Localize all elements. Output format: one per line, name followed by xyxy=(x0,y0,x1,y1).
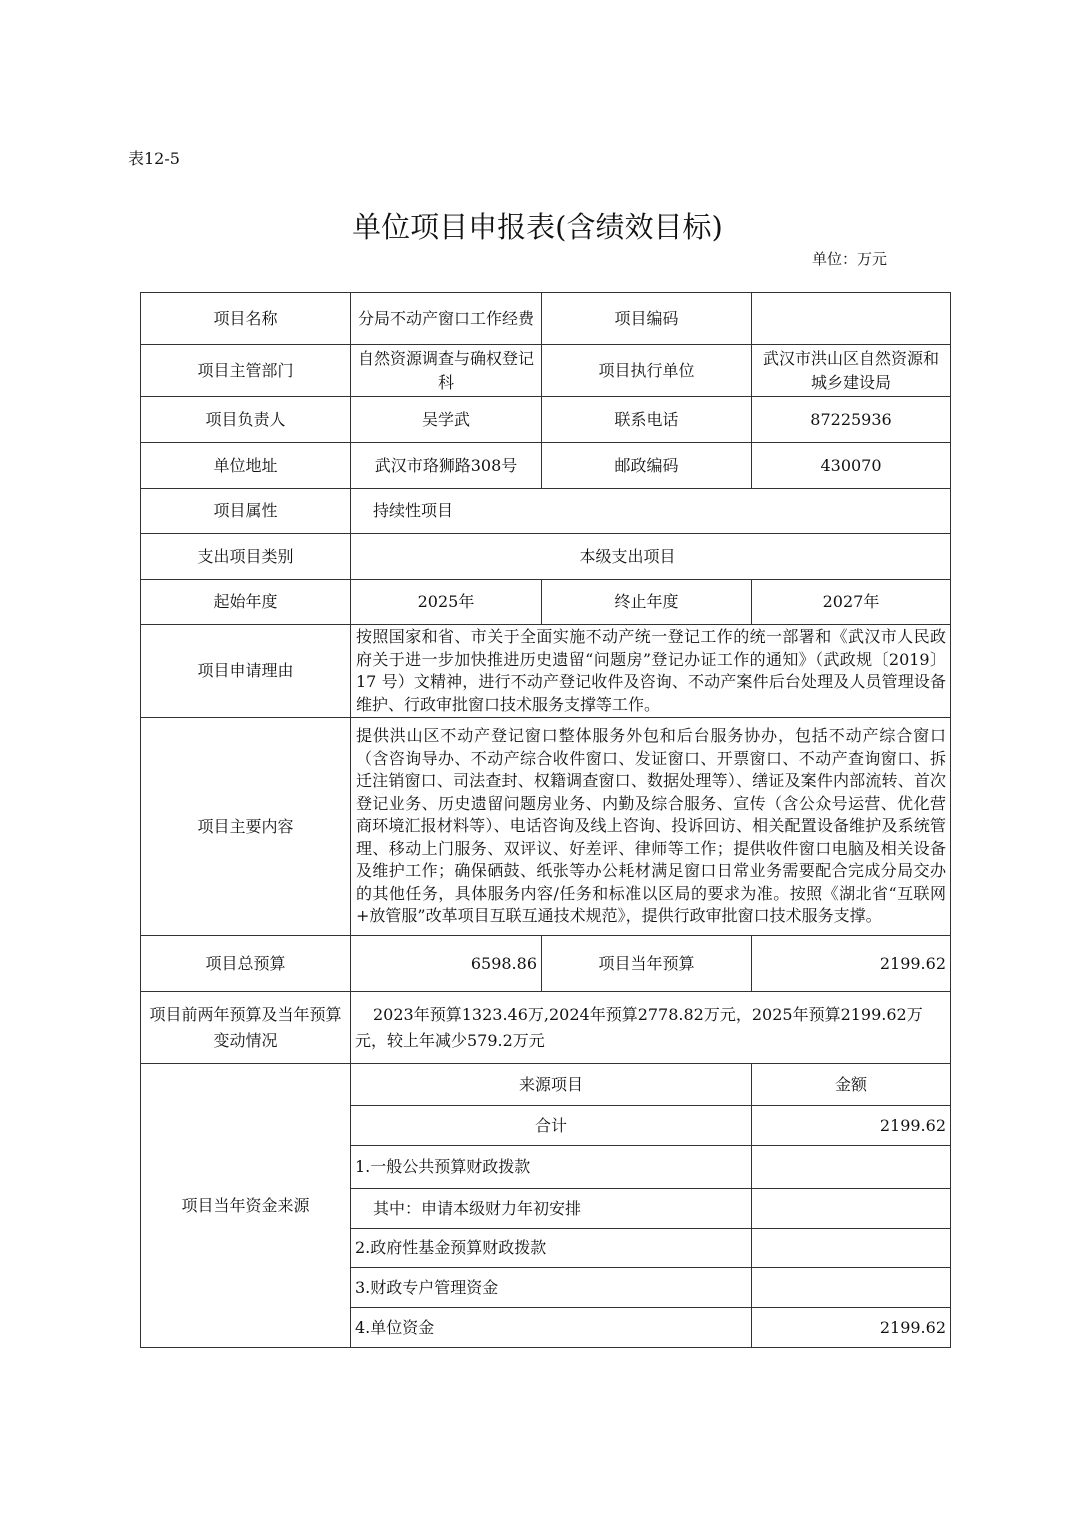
page-title: 单位项目申报表(含绩效目标) xyxy=(0,205,1075,246)
funding-item-amount: 2199.62 xyxy=(752,1106,951,1146)
row-leader: 项目负责人 吴学武 联系电话 87225936 xyxy=(141,397,951,443)
project-code-label: 项目编码 xyxy=(542,293,752,345)
funding-item-name: 4.单位资金 xyxy=(351,1308,752,1348)
row-dept: 项目主管部门 自然资源调查与确权登记科 项目执行单位 武汉市洪山区自然资源和城乡… xyxy=(141,345,951,397)
category-value: 本级支出项目 xyxy=(351,534,951,580)
phone-label: 联系电话 xyxy=(542,397,752,443)
content-value: 提供洪山区不动产登记窗口整体服务外包和后台服务协办，包括不动产综合窗口（含咨询导… xyxy=(351,718,951,936)
start-year-value: 2025年 xyxy=(351,580,542,625)
table-number: 表12-5 xyxy=(128,146,180,169)
exec-unit-label: 项目执行单位 xyxy=(542,345,752,397)
leader-label: 项目负责人 xyxy=(141,397,351,443)
funding-item-name: 3.财政专户管理资金 xyxy=(351,1268,752,1308)
funding-item-name: 其中：申请本级财力年初安排 xyxy=(351,1189,752,1229)
reason-value: 按照国家和省、市关于全面实施不动产统一登记工作的统一部署和《武汉市人民政府关于进… xyxy=(351,625,951,718)
row-budget: 项目总预算 6598.86 项目当年预算 2199.62 xyxy=(141,936,951,992)
row-project-name: 项目名称 分局不动产窗口工作经费 项目编码 xyxy=(141,293,951,345)
address-label: 单位地址 xyxy=(141,443,351,489)
project-code-value xyxy=(752,293,951,345)
exec-unit-value: 武汉市洪山区自然资源和城乡建设局 xyxy=(752,345,951,397)
project-name-value: 分局不动产窗口工作经费 xyxy=(351,293,542,345)
row-content: 项目主要内容 提供洪山区不动产登记窗口整体服务外包和后台服务协办，包括不动产综合… xyxy=(141,718,951,936)
row-years: 起始年度 2025年 终止年度 2027年 xyxy=(141,580,951,625)
attribute-label: 项目属性 xyxy=(141,489,351,534)
funding-item-name: 合计 xyxy=(351,1106,752,1146)
funding-header-row: 项目当年资金来源 来源项目 金额 xyxy=(141,1064,951,1106)
project-application-table: 项目名称 分局不动产窗口工作经费 项目编码 项目主管部门 自然资源调查与确权登记… xyxy=(140,292,951,1348)
content-label: 项目主要内容 xyxy=(141,718,351,936)
row-attribute: 项目属性 持续性项目 xyxy=(141,489,951,534)
dept-label: 项目主管部门 xyxy=(141,345,351,397)
total-budget-label: 项目总预算 xyxy=(141,936,351,992)
end-year-label: 终止年度 xyxy=(542,580,752,625)
leader-value: 吴学武 xyxy=(351,397,542,443)
row-address: 单位地址 武汉市珞狮路308号 邮政编码 430070 xyxy=(141,443,951,489)
funding-label: 项目当年资金来源 xyxy=(141,1064,351,1348)
budget-change-label: 项目前两年预算及当年预算变动情况 xyxy=(141,992,351,1064)
row-category: 支出项目类别 本级支出项目 xyxy=(141,534,951,580)
address-value: 武汉市珞狮路308号 xyxy=(351,443,542,489)
funding-item-amount: 2199.62 xyxy=(752,1308,951,1348)
funding-item-amount xyxy=(752,1268,951,1308)
project-name-label: 项目名称 xyxy=(141,293,351,345)
unit-label: 单位：万元 xyxy=(812,248,887,269)
funding-item-amount xyxy=(752,1229,951,1268)
category-label: 支出项目类别 xyxy=(141,534,351,580)
year-budget-label: 项目当年预算 xyxy=(542,936,752,992)
funding-col-amount: 金额 xyxy=(752,1064,951,1106)
attribute-value: 持续性项目 xyxy=(351,489,951,534)
total-budget-value: 6598.86 xyxy=(351,936,542,992)
phone-value: 87225936 xyxy=(752,397,951,443)
end-year-value: 2027年 xyxy=(752,580,951,625)
postcode-value: 430070 xyxy=(752,443,951,489)
funding-item-name: 1.一般公共预算财政拨款 xyxy=(351,1146,752,1189)
funding-item-amount xyxy=(752,1146,951,1189)
funding-col-source: 来源项目 xyxy=(351,1064,752,1106)
row-budget-change: 项目前两年预算及当年预算变动情况 2023年预算1323.46万,2024年预算… xyxy=(141,992,951,1064)
start-year-label: 起始年度 xyxy=(141,580,351,625)
year-budget-value: 2199.62 xyxy=(752,936,951,992)
row-reason: 项目申请理由 按照国家和省、市关于全面实施不动产统一登记工作的统一部署和《武汉市… xyxy=(141,625,951,718)
funding-item-name: 2.政府性基金预算财政拨款 xyxy=(351,1229,752,1268)
reason-label: 项目申请理由 xyxy=(141,625,351,718)
budget-change-value: 2023年预算1323.46万,2024年预算2778.82万元，2025年预算… xyxy=(351,992,951,1064)
funding-item-amount xyxy=(752,1189,951,1229)
dept-value: 自然资源调查与确权登记科 xyxy=(351,345,542,397)
postcode-label: 邮政编码 xyxy=(542,443,752,489)
